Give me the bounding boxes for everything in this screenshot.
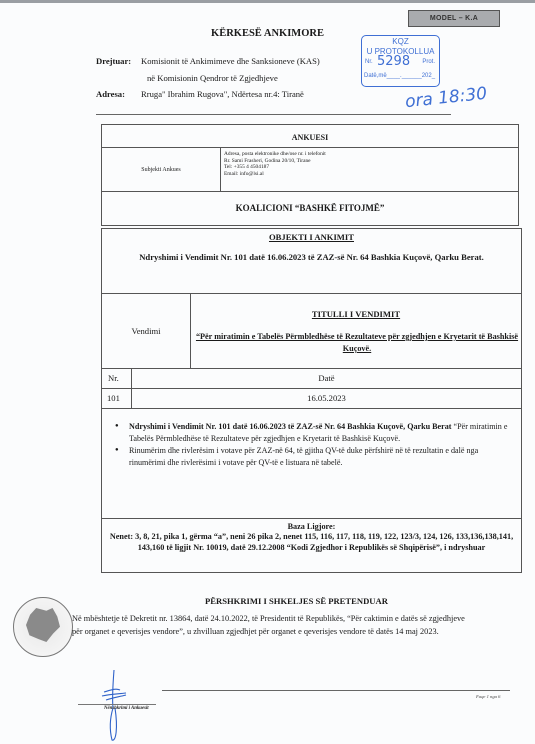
divider: [220, 147, 221, 191]
page-number: Faqe 1 nga 6: [476, 694, 500, 699]
baza-heading: Baza Ligjore:: [102, 522, 521, 531]
handwritten-time: ora 18:30: [404, 84, 488, 112]
objekti-subject: Ndryshimi i Vendimit Nr. 101 datë 16.06.…: [112, 251, 511, 264]
contact-block: Adresa, posta elektronike dhe/ose nr. i …: [224, 151, 326, 177]
signature-line: [78, 704, 156, 705]
complainant-name: KOALICIONI “BASHKË FITOJMË”: [102, 203, 518, 213]
vendimi-label: Vendimi: [102, 326, 190, 336]
contact-label: Adresa, posta elektronike dhe/ose nr. i …: [224, 151, 326, 158]
adresa-label: Adresa:: [96, 89, 125, 99]
divider: [102, 518, 521, 519]
nr-value: 101: [107, 393, 120, 403]
protocol-stamp: KQZ U PROTOKOLLUA Nr. 5298 Prot. Datë,më…: [361, 35, 440, 87]
ankuesi-heading: ANKUESI: [102, 133, 518, 142]
date-header: Datë: [132, 373, 521, 383]
document-title: KËRKESË ANKIMORE: [0, 28, 535, 39]
titulli-text: “Për miratimin e Tabelës Përmbledhëse të…: [194, 331, 520, 355]
contact-email: Email: info@lsi.al: [224, 171, 326, 178]
pershkrimi-heading: PËRSHKRIMI I SHKELJES SË PRETENDUAR: [205, 596, 388, 606]
stamp-prot-label: Prot.: [422, 59, 435, 65]
nr-header: Nr.: [108, 373, 119, 383]
scan-top-edge: [0, 0, 535, 3]
pershkrimi-text: Në mbështetje të Dekretit nr. 13864, dat…: [72, 613, 472, 638]
official-seal: [13, 597, 73, 657]
objekti-heading: OBJEKTI I ANKIMIT: [102, 232, 521, 242]
subject-label: Subjekti Ankues: [102, 167, 220, 173]
baza-text: Nenet: 3, 8, 21, pika 1, gërma “a”, neni…: [106, 532, 517, 553]
ankuesi-table: ANKUESI Subjekti Ankues Adresa, posta el…: [101, 124, 519, 226]
divider: [190, 293, 191, 368]
divider: [102, 147, 518, 148]
adresa-value: Rruga" Ibrahim Rugova", Ndërtesa nr.4: T…: [141, 89, 304, 99]
stamp-date: Datë,më____.______202_: [364, 73, 435, 79]
date-value: 16.05.2023: [132, 393, 521, 403]
stamp-nr-label: Nr.: [365, 59, 373, 65]
stamp-org: KQZ: [362, 37, 439, 46]
footer-rule: [162, 690, 510, 691]
model-badge: MODEL – K.A: [408, 10, 500, 27]
titulli-heading: TITULLI I VENDIMIT: [191, 309, 521, 319]
divider: [102, 191, 518, 192]
objekti-table: OBJEKTI I ANKIMIT Ndryshimi i Vendimit N…: [101, 228, 522, 573]
request-list: Ndryshimi i Vendimit Nr. 101 datë 16.06.…: [102, 421, 514, 469]
divider: [102, 293, 521, 294]
list-item: Ndryshimi i Vendimit Nr. 101 datë 16.06.…: [102, 421, 514, 444]
header-divider: [96, 114, 451, 115]
divider: [102, 388, 521, 389]
drejtuar-line1: Komisionit të Ankimimeve dhe Sanksioneve…: [141, 56, 320, 66]
seal-emblem-icon: [26, 608, 60, 642]
drejtuar-line2: në Komisionin Qendror të Zgjedhjeve: [147, 73, 278, 83]
divider: [102, 368, 521, 369]
stamp-nr-value: 5298: [377, 54, 410, 69]
drejtuar-label: Drejtuar:: [96, 56, 131, 66]
divider: [102, 408, 521, 409]
list-item: Rinumërim dhe rivlerësim i votave për ZA…: [102, 445, 514, 468]
signature-label: Nënshkrimi i Ankuesit: [104, 706, 149, 711]
